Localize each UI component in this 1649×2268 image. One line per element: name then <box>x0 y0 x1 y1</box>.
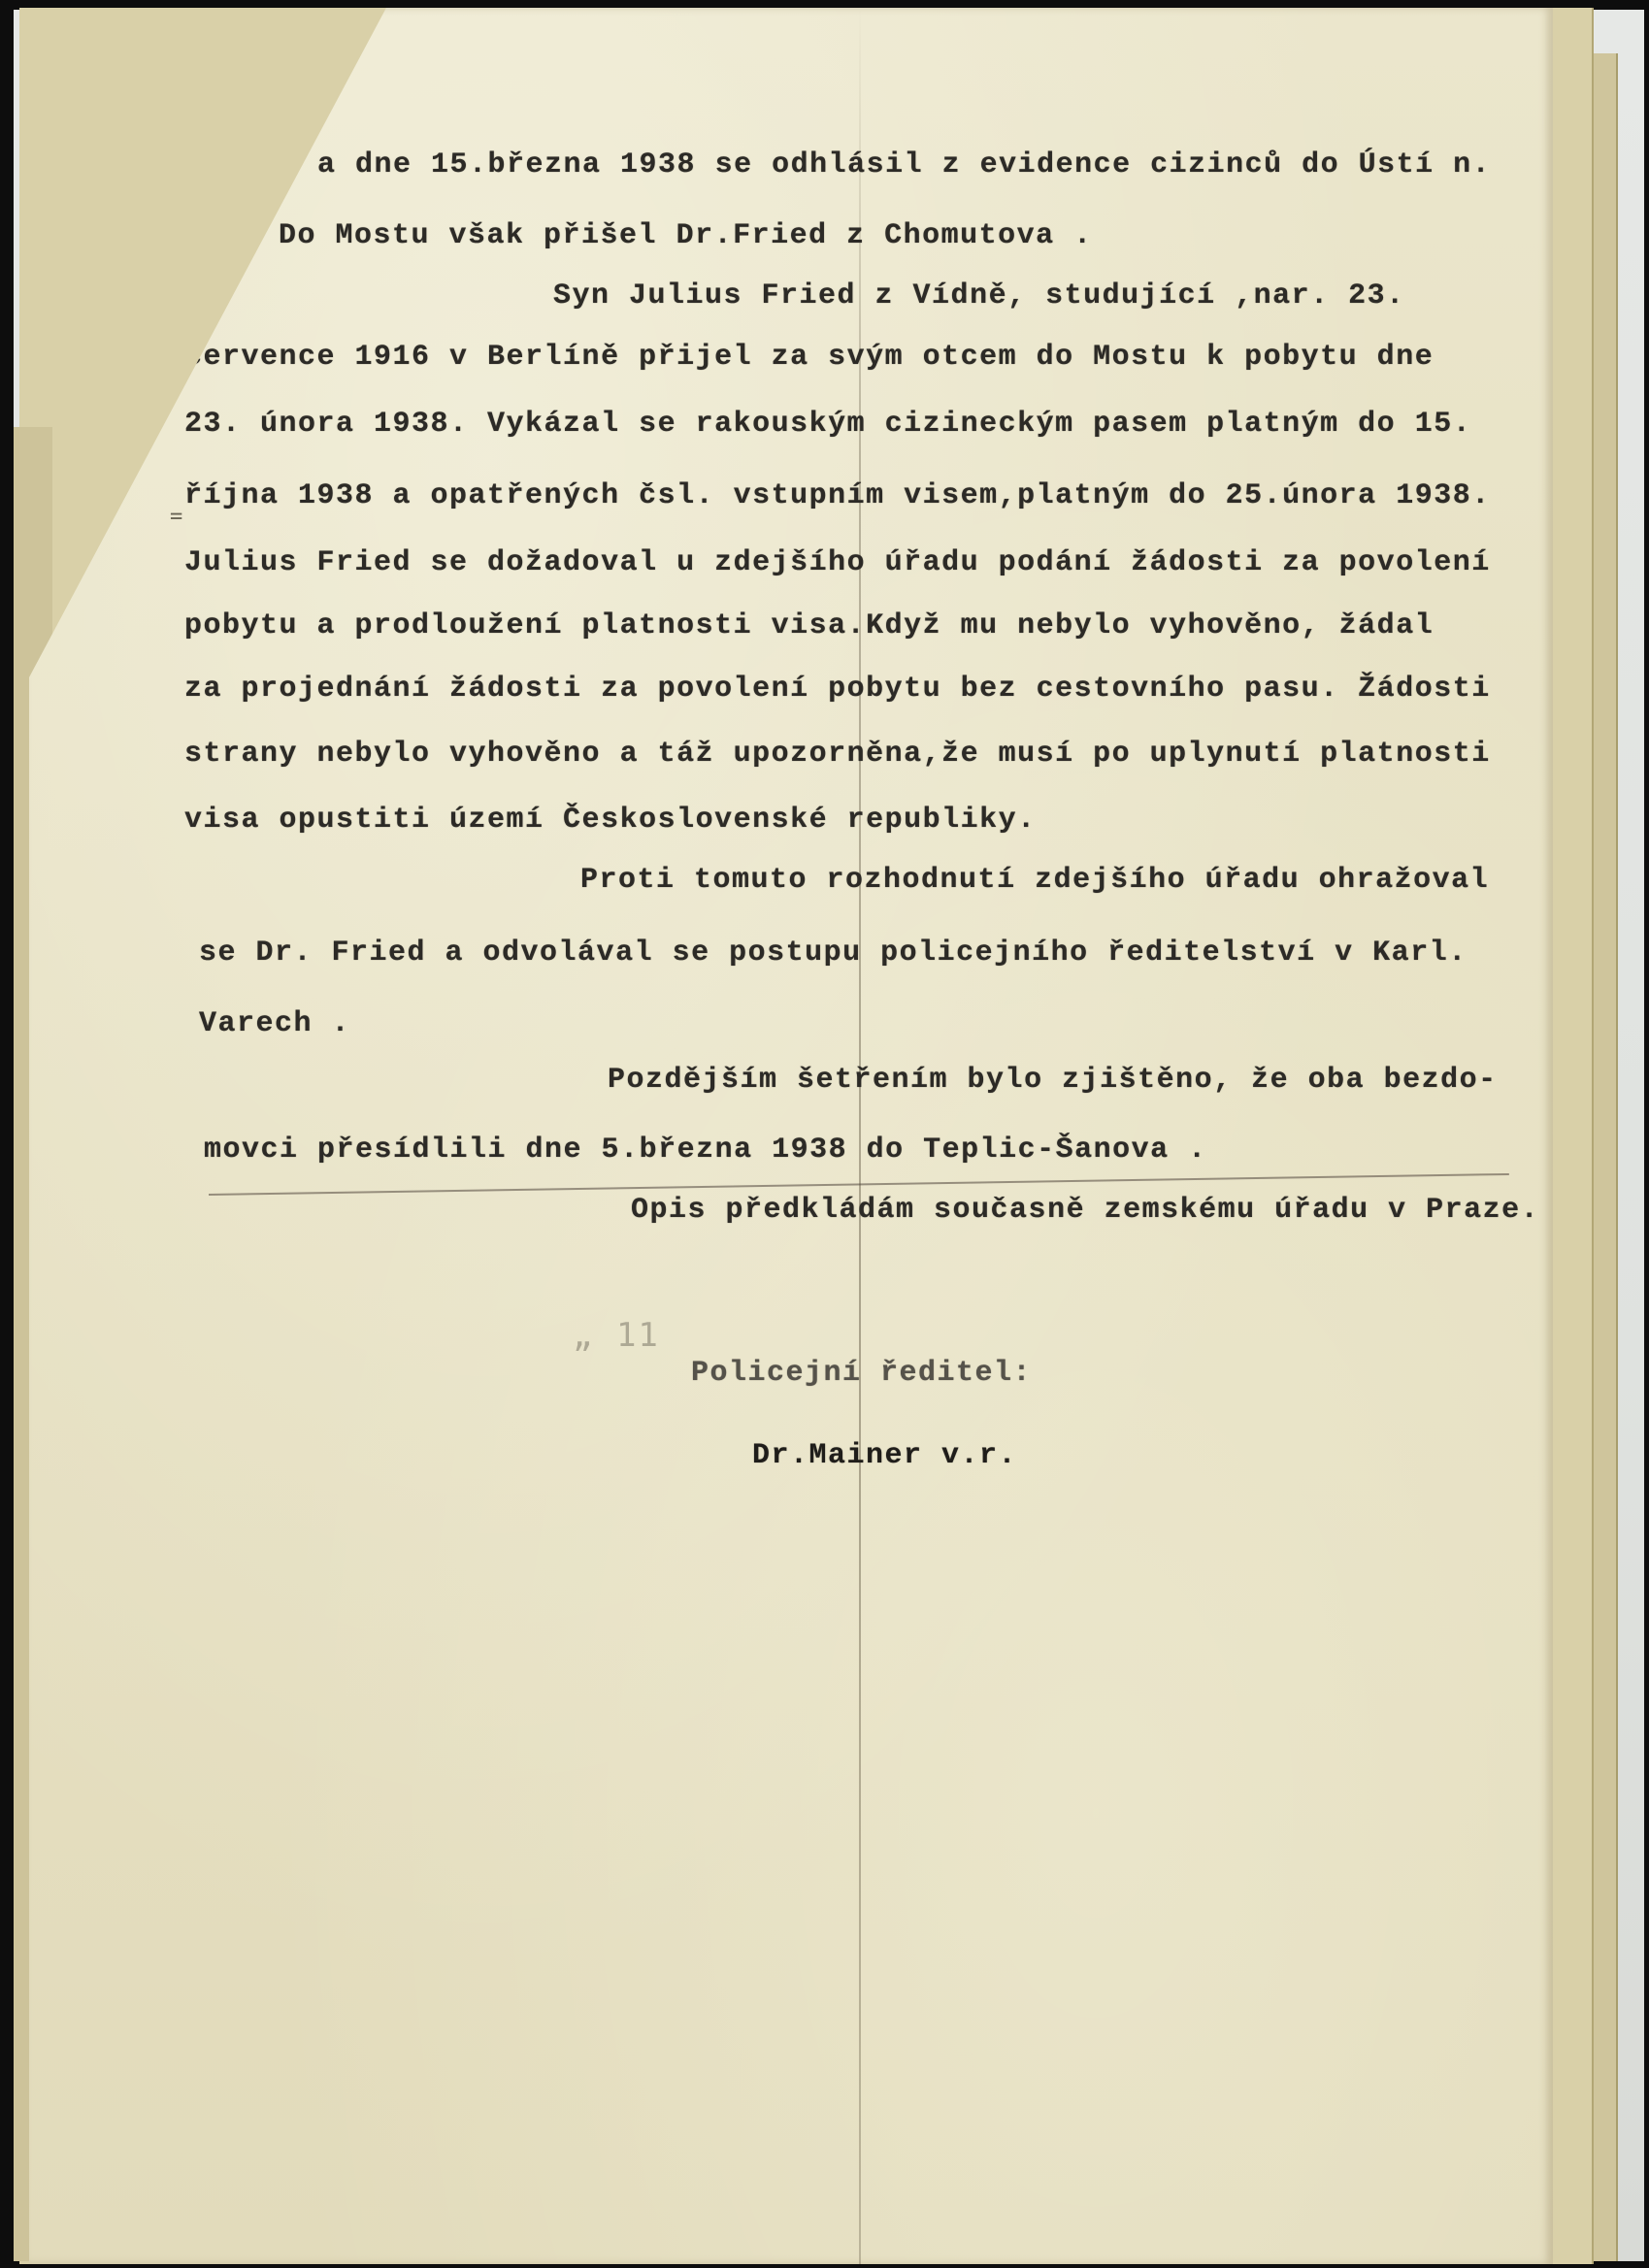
body-line: za projednání žádosti za povolení pobytu… <box>184 673 1491 706</box>
body-line: strany nebylo vyhověno a táž upozorněna,… <box>184 738 1491 771</box>
body-line: Syn Julius Fried z Vídně, studující ,nar… <box>553 279 1405 312</box>
body-line: movci přesídlili dne 5.března 1938 do Te… <box>204 1134 1207 1167</box>
scanned-document: = „ 11 a a dne 15.března 1938 se odhlási… <box>0 0 1649 2268</box>
body-line: Pozdějším šetřením bylo zjištěno, že oba… <box>608 1064 1498 1097</box>
body-line: Varech . <box>199 1007 350 1040</box>
body-line: července 1916 v Berlíně přijel za svým o… <box>184 341 1434 374</box>
body-line: a a dne 15.března 1938 se odhlásil z evi… <box>280 148 1491 181</box>
body-line: Opis předkládám současně zemskému úřadu … <box>631 1194 1539 1227</box>
body-line: Proti tomuto rozhodnutí zdejšího úřadu o… <box>580 864 1489 897</box>
signature-name: Dr.Mainer v.r. <box>752 1439 1017 1472</box>
body-line: se Dr. Fried a odvolával se postupu poli… <box>199 937 1468 970</box>
body-line: pobytu a prodloužení platnosti visa.Když… <box>184 609 1434 642</box>
body-line: . Do Mostu však přišel Dr.Fried z Chomut… <box>241 219 1093 252</box>
ghost-mark: „ 11 <box>573 1316 660 1355</box>
signature-title: Policejní ředitel: <box>691 1357 1032 1390</box>
margin-mark: = <box>170 505 182 529</box>
body-line: visa opustiti území Československé repub… <box>184 804 1037 837</box>
body-line: Julius Fried se dožadoval u zdejšího úřa… <box>184 546 1491 579</box>
body-line: 23. února 1938. Vykázal se rakouským ciz… <box>184 408 1471 441</box>
document-page: = „ 11 a a dne 15.března 1938 se odhlási… <box>29 8 1553 2264</box>
body-line: října 1938 a opatřených čsl. vstupním vi… <box>184 479 1491 512</box>
